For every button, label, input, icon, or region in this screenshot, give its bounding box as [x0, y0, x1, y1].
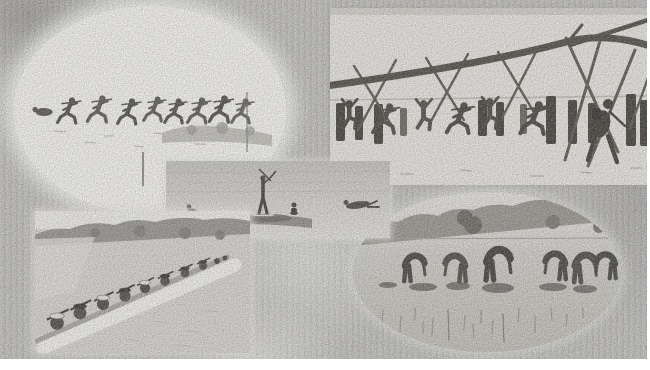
photo-obstacle-course [330, 8, 648, 185]
photo-trench-line [35, 211, 250, 353]
obstacle-course-scene [330, 8, 648, 185]
field-work-scene [353, 192, 621, 352]
photo-collage-page [0, 0, 650, 370]
photo-field-work [353, 192, 621, 352]
bottom-margin [0, 359, 650, 370]
trench-line-scene [35, 211, 250, 353]
